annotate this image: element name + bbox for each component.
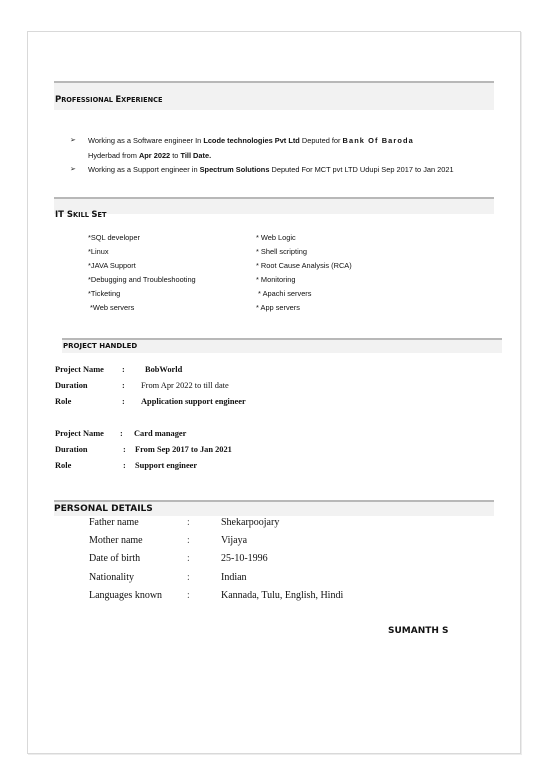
field-label: Role <box>55 458 71 474</box>
skill-item: * App servers <box>256 301 352 315</box>
arrow-bullet-icon: ➢ <box>70 163 76 178</box>
experience-text: Deputed For MCT pvt LTD Udupi Sep 2017 t… <box>269 165 453 174</box>
experience-text: Deputed for <box>300 136 343 145</box>
field-separator: : <box>122 378 125 394</box>
experience-list: ➢ Working as a Software engineer In Lcod… <box>70 134 510 178</box>
header-text: IT S <box>55 210 73 220</box>
field-label: Project Name <box>55 426 104 442</box>
field-value: Kannada, Tulu, English, Hindi <box>221 587 343 605</box>
project-name: Card manager <box>134 426 186 442</box>
company-name: Spectrum Solutions <box>200 165 270 174</box>
section-header-it-skill-set: IT SKILL SET <box>54 197 494 214</box>
field-separator: : <box>123 458 126 474</box>
experience-text: to <box>170 151 180 160</box>
skills-column-right: * Web Logic * Shell scripting * Root Cau… <box>256 231 352 315</box>
field-label: Mother name <box>89 532 143 550</box>
skill-item: *SQL developer <box>88 231 196 245</box>
skill-item: * Web Logic <box>256 231 352 245</box>
experience-text: Hyderbad from <box>88 151 139 160</box>
field-label: Nationality <box>89 569 134 587</box>
skills-column-left: *SQL developer *Linux *JAVA Support *Deb… <box>88 231 196 315</box>
header-text: PROJECT HANDLED <box>63 342 137 350</box>
skill-item: *Web servers <box>88 301 196 315</box>
field-value: Shekarpoojary <box>221 514 279 532</box>
field-separator: : <box>187 514 190 532</box>
signature-name: SUMANTH S <box>388 626 449 636</box>
client-name: Bank Of Baroda <box>343 136 414 145</box>
experience-item: ➢ Working as a Support engineer in Spect… <box>70 163 510 178</box>
header-text: PERSONAL DETAILS <box>54 504 153 514</box>
project-role: Application support engineer <box>141 394 246 410</box>
header-text: KILL <box>73 211 91 219</box>
end-date: Till Date. <box>180 151 211 160</box>
field-label: Duration <box>55 442 88 458</box>
field-separator: : <box>120 426 123 442</box>
field-label: Role <box>55 394 71 410</box>
skill-item: * Monitoring <box>256 273 352 287</box>
field-separator: : <box>187 532 190 550</box>
experience-item: ➢ Working as a Software engineer In Lcod… <box>70 134 510 163</box>
field-separator: : <box>123 442 126 458</box>
field-separator: : <box>187 550 190 568</box>
field-label: Date of birth <box>89 550 140 568</box>
field-label: Project Name <box>55 362 104 378</box>
field-separator: : <box>187 587 190 605</box>
project-name: BobWorld <box>145 362 182 378</box>
skill-item: * Apachi servers <box>256 287 352 301</box>
skill-item: * Root Cause Analysis (RCA) <box>256 259 352 273</box>
field-label: Languages known <box>89 587 162 605</box>
header-text: XPERIENCE <box>121 96 162 104</box>
field-value: 25-10-1996 <box>221 550 268 568</box>
start-date: Apr 2022 <box>139 151 170 160</box>
section-header-professional-experience: PROFESSIONAL EXPERIENCE <box>54 81 494 110</box>
field-separator: : <box>187 569 190 587</box>
arrow-bullet-icon: ➢ <box>70 134 76 149</box>
skill-item: * Shell scripting <box>256 245 352 259</box>
field-separator: : <box>122 394 125 410</box>
skill-item: *Ticketing <box>88 287 196 301</box>
project-role: Support engineer <box>135 458 197 474</box>
field-separator: : <box>122 362 125 378</box>
skill-item: *Debugging and Troubleshooting <box>88 273 196 287</box>
header-text: ET <box>97 211 106 219</box>
header-text: ROFESSIONAL <box>61 96 115 104</box>
field-value: Vijaya <box>221 532 247 550</box>
field-label: Duration <box>55 378 88 394</box>
company-name: Lcode technologies Pvt Ltd <box>203 136 300 145</box>
skill-item: *Linux <box>88 245 196 259</box>
skill-item: *JAVA Support <box>88 259 196 273</box>
project-duration: From Apr 2022 to till date <box>141 378 229 394</box>
experience-text: Working as a Software engineer In <box>88 136 203 145</box>
section-header-project-handled: PROJECT HANDLED <box>62 338 502 353</box>
experience-text: Working as a Support engineer in <box>88 165 200 174</box>
project-duration: From Sep 2017 to Jan 2021 <box>135 442 232 458</box>
field-label: Father name <box>89 514 139 532</box>
field-value: Indian <box>221 569 247 587</box>
